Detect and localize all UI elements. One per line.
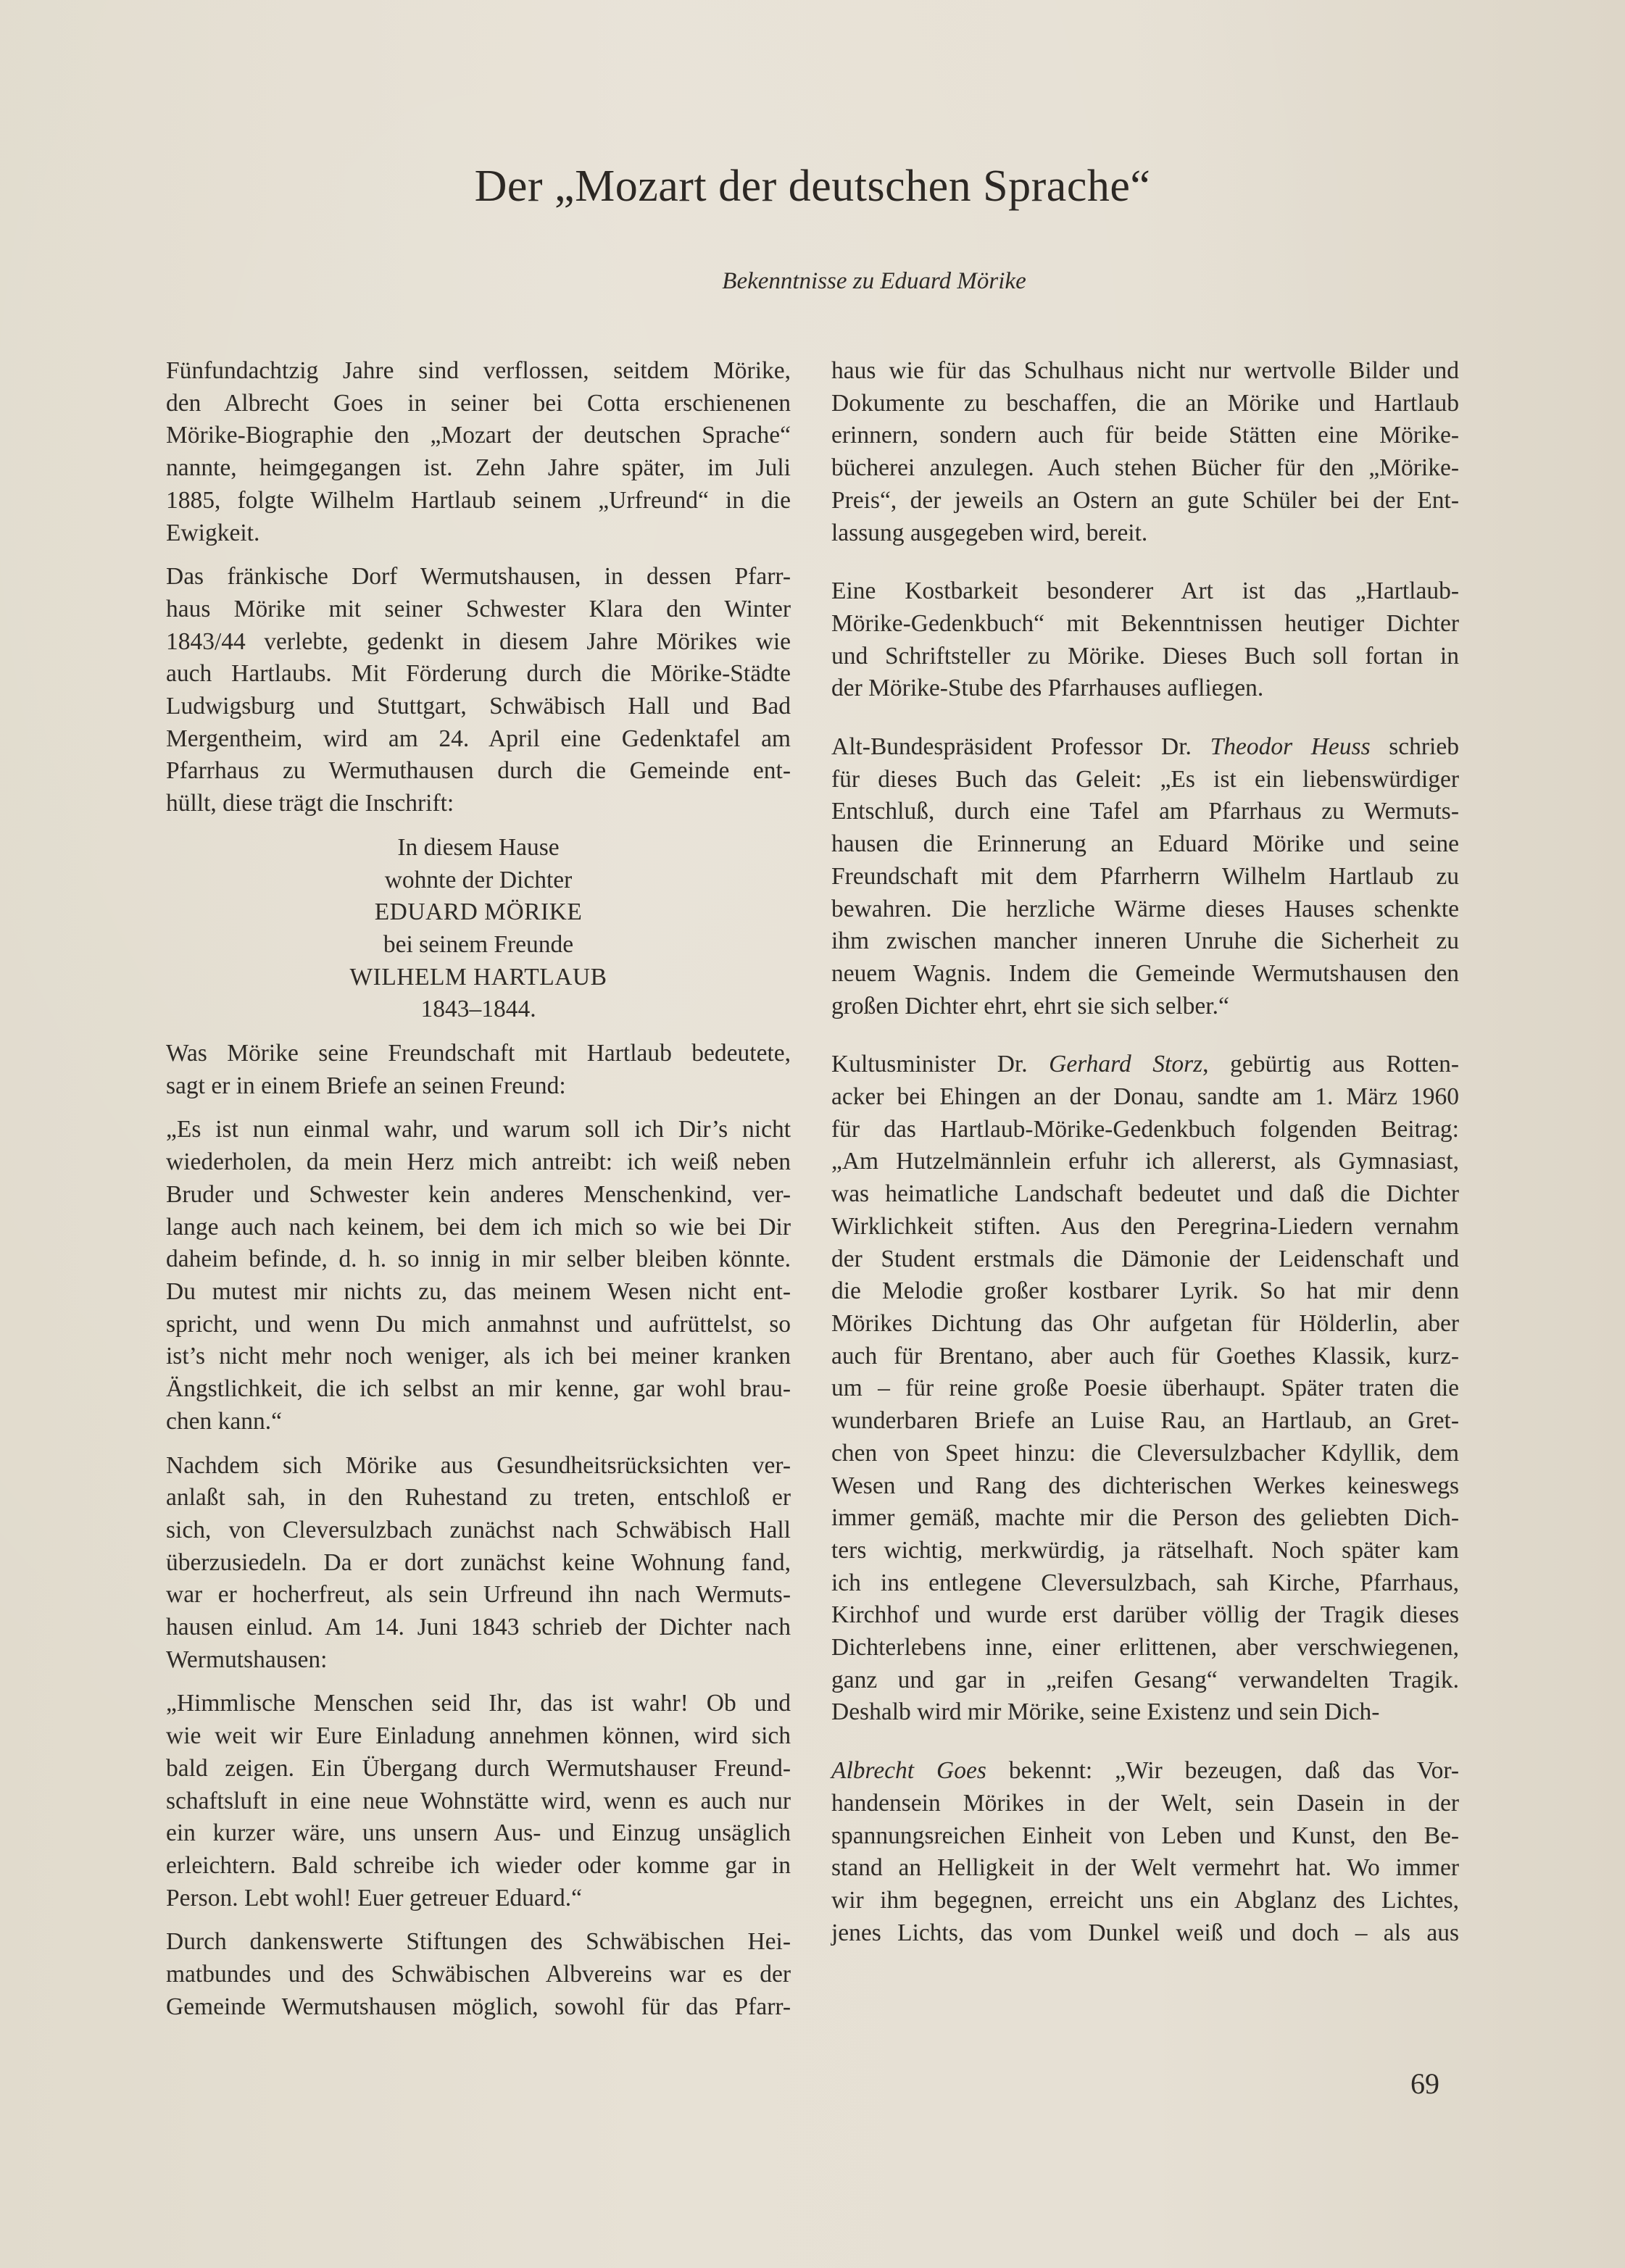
- paragraph-library: haus wie für das Schulhaus nicht nur wer…: [831, 355, 1459, 549]
- paragraph-intro: Fünfundachtzig Jahre sind verflossen, se…: [166, 355, 791, 549]
- left-column: Fünfundachtzig Jahre sind verflossen, se…: [166, 355, 791, 2035]
- page-title: Der „Mozart der deutschen Sprache“: [0, 161, 1625, 212]
- author-name-goes: Albrecht Goes: [831, 1757, 986, 1784]
- quote-letter-2: „Himmlische Menschen seid Ihr, das ist w…: [166, 1688, 791, 1914]
- quote-letter-1: „Es ist nun einmal wahr, und warum soll …: [166, 1114, 791, 1438]
- paragraph-foundations: Durch dankenswerte Stiftungen des Schwäb…: [166, 1926, 791, 2023]
- right-column: haus wie für das Schulhaus nicht nur wer…: [831, 355, 1459, 1961]
- paragraph-heuss: Alt-Bundespräsident Professor Dr. Theodo…: [831, 731, 1459, 1022]
- paragraph-storz: Kultusminister Dr. Gerhard Storz, gebürt…: [831, 1048, 1459, 1729]
- paragraph-friendship: Was Mörike seine Freundschaft mit Hartla…: [166, 1038, 791, 1102]
- page-number: 69: [1410, 2067, 1439, 2101]
- page-subtitle: Bekenntnisse zu Eduard Mörike: [0, 268, 1625, 295]
- plaque-inscription: In diesem Hause wohnte der Dichter EDUAR…: [166, 832, 791, 1026]
- paragraph-gedenkbuch: Eine Kostbarkeit besonderer Art ist das …: [831, 575, 1459, 705]
- book-page: Der „Mozart der deutschen Sprache“ Beken…: [0, 0, 1625, 2268]
- author-name-heuss: Theodor Heuss: [1210, 733, 1371, 760]
- paragraph-retirement: Nachdem sich Mörike aus Gesundheitsrücks…: [166, 1450, 791, 1677]
- paragraph-goes: Albrecht Goes bekennt: „Wir bezeugen, da…: [831, 1755, 1459, 1949]
- author-name-storz: Gerhard Storz: [1049, 1051, 1202, 1077]
- paragraph-wermutshausen: Das fränkische Dorf Wermutshausen, in de…: [166, 561, 791, 820]
